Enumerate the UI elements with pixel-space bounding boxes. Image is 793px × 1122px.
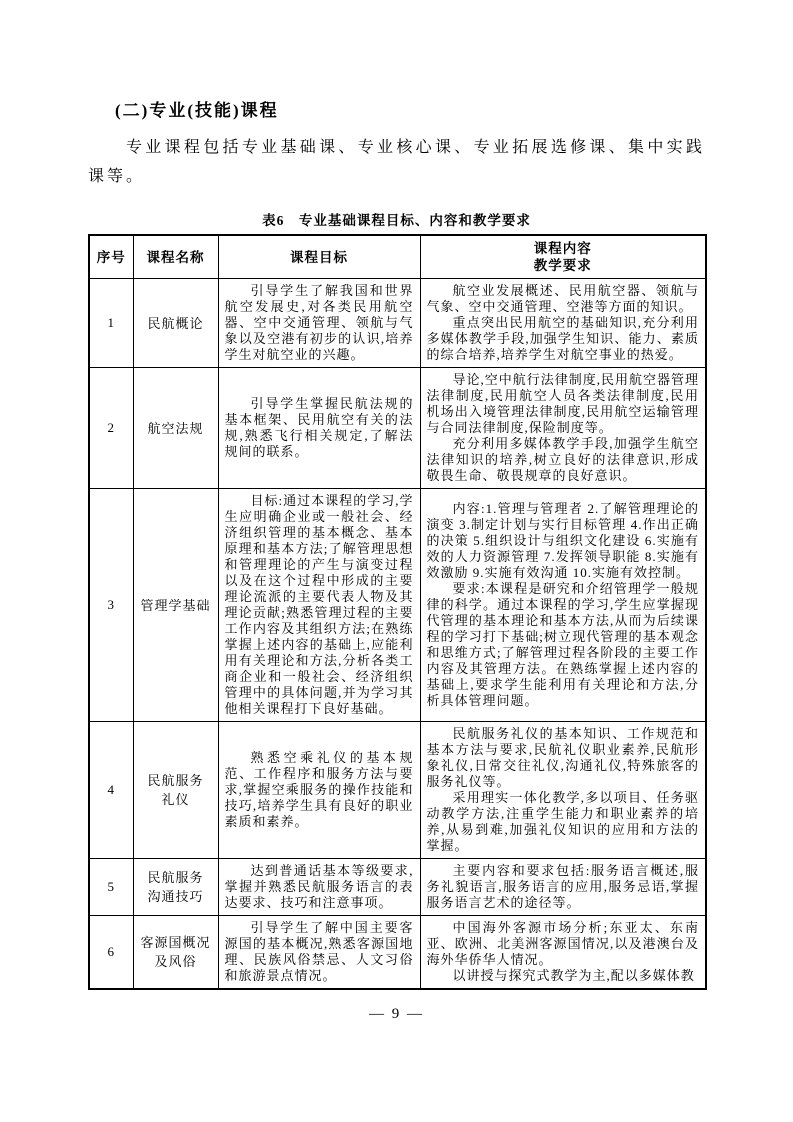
document-page: (二)专业(技能)课程 专业课程包括专业基础课、专业核心课、专业拓展选修课、集中… [0,0,793,1122]
section-heading: (二)专业(技能)课程 [88,96,705,121]
content-paragraph: 以讲授与探究式教学为主,配以多媒体教 [427,968,700,984]
cell-content: 中国海外客源市场分析;东亚太、东南亚、欧洲、北美洲客源国情况,以及港澳台及海外华… [420,916,706,990]
table-row: 3 管理学基础 目标:通过本课程的学习,学生应明确企业或一般社会、经济组织管理的… [89,489,706,722]
table-title: 表6 专业基础课程目标、内容和教学要求 [88,209,705,229]
content-paragraph: 充分利用多媒体教学手段,加强学生航空法律知识的培养,树立良好的法律意识,形成敬畏… [427,436,700,484]
cell-course-name: 管理学基础 [133,489,218,722]
header-course-name: 课程名称 [133,235,218,279]
table-row: 4 民航服务 礼仪 熟悉空乘礼仪的基本规范、工作程序和服务方法与要求,掌握空乘服… [89,722,706,859]
content-paragraph: 采用理实一体化教学,多以项目、任务驱动教学方法,注重学生能力和职业素养的培养,从… [427,790,700,854]
cell-content: 民航服务礼仪的基本知识、工作规范和基本方法与要求,民航礼仪职业素养,民航形象礼仪… [420,722,706,859]
objective-paragraph: 引导学生了解我国和世界航空发展史,对各类民用航空器、空中交通管理、领航与气象以及… [225,283,414,363]
header-content-line1: 课程内容 [423,240,704,257]
course-name-line: 民航概论 [140,314,212,333]
header-content: 课程内容 教学要求 [420,235,706,279]
header-content-line2: 教学要求 [423,257,704,274]
table-row: 5 民航服务 沟通技巧 达到普通话基本等级要求,掌握并熟悉民航服务语言的表达要求… [89,859,706,916]
content-paragraph: 重点突出民用航空的基础知识,充分利用多媒体教学手段,加强学生知识、能力、素质的综… [427,315,700,363]
cell-content: 内容:1.管理与管理者 2.了解管理理论的演变 3.制定计划与实行目标管理 4.… [420,489,706,722]
cell-no: 5 [89,859,133,916]
cell-no: 4 [89,722,133,859]
table-header: 序号 课程名称 课程目标 课程内容 教学要求 [89,235,706,279]
header-no: 序号 [89,235,133,279]
content-paragraph: 导论,空中航行法律制度,民用航空器管理法律制度,民用航空人员各类法律制度,民用机… [427,372,700,436]
cell-course-name: 航空法规 [133,368,218,489]
content-paragraph: 内容:1.管理与管理者 2.了解管理理论的演变 3.制定计划与实行目标管理 4.… [427,501,700,581]
objective-paragraph: 熟悉空乘礼仪的基本规范、工作程序和服务方法与要求,掌握空乘服务的操作技能和技巧,… [225,750,414,830]
table-row: 1 民航概论 引导学生了解我国和世界航空发展史,对各类民用航空器、空中交通管理、… [89,279,706,368]
content-paragraph: 主要内容和要求包括:服务语言概述,服务礼貌语言,服务语言的应用,服务忌语,掌握服… [427,863,700,911]
cell-objective: 引导学生掌握民航法规的基本框架、民用航空有关的法规,熟悉飞行相关规定,了解法规间… [218,368,420,489]
course-name-line: 民航服务 [140,771,212,790]
objective-paragraph: 目标:通过本课程的学习,学生应明确企业或一般社会、经济组织管理的基本概念、基本原… [225,493,414,717]
header-row: 序号 课程名称 课程目标 课程内容 教学要求 [89,235,706,279]
course-table: 序号 课程名称 课程目标 课程内容 教学要求 1 民航概论 引导学生 [88,234,707,990]
cell-no: 3 [89,489,133,722]
cell-content: 导论,空中航行法律制度,民用航空器管理法律制度,民用航空人员各类法律制度,民用机… [420,368,706,489]
intro-paragraph: 专业课程包括专业基础课、专业核心课、专业拓展选修课、集中实践课等。 [88,133,705,191]
header-objective: 课程目标 [218,235,420,279]
course-name-line: 及风俗 [140,952,212,971]
cell-content: 航空业发展概述、民用航空器、领航与气象、空中交通管理、空港等方面的知识。 重点突… [420,279,706,368]
page-number: — 9 — [88,1006,705,1023]
table-row: 6 客源国概况 及风俗 引导学生了解中国主要客源国的基本概况,熟悉客源国地理、民… [89,916,706,990]
course-name-line: 管理学基础 [140,596,212,615]
cell-no: 6 [89,916,133,990]
cell-no: 1 [89,279,133,368]
page-content: (二)专业(技能)课程 专业课程包括专业基础课、专业核心课、专业拓展选修课、集中… [0,0,793,1023]
cell-no: 2 [89,368,133,489]
course-name-line: 航空法规 [140,419,212,438]
course-name-line: 民航服务 [140,868,212,887]
course-name-line: 沟通技巧 [140,887,212,906]
table-body: 1 民航概论 引导学生了解我国和世界航空发展史,对各类民用航空器、空中交通管理、… [89,279,706,990]
content-paragraph: 中国海外客源市场分析;东亚太、东南亚、欧洲、北美洲客源国情况,以及港澳台及海外华… [427,920,700,968]
cell-objective: 引导学生了解中国主要客源国的基本概况,熟悉客源国地理、民族风俗禁忌、人文习俗和旅… [218,916,420,990]
cell-course-name: 客源国概况 及风俗 [133,916,218,990]
course-name-line: 礼仪 [140,790,212,809]
content-paragraph: 民航服务礼仪的基本知识、工作规范和基本方法与要求,民航礼仪职业素养,民航形象礼仪… [427,726,700,790]
cell-objective: 引导学生了解我国和世界航空发展史,对各类民用航空器、空中交通管理、领航与气象以及… [218,279,420,368]
course-name-line: 客源国概况 [140,933,212,952]
objective-paragraph: 引导学生了解中国主要客源国的基本概况,熟悉客源国地理、民族风俗禁忌、人文习俗和旅… [225,920,414,984]
cell-objective: 熟悉空乘礼仪的基本规范、工作程序和服务方法与要求,掌握空乘服务的操作技能和技巧,… [218,722,420,859]
cell-content: 主要内容和要求包括:服务语言概述,服务礼貌语言,服务语言的应用,服务忌语,掌握服… [420,859,706,916]
content-paragraph: 要求:本课程是研究和介绍管理学一般规律的科学。通过本课程的学习,学生应掌握现代管… [427,581,700,709]
table-row: 2 航空法规 引导学生掌握民航法规的基本框架、民用航空有关的法规,熟悉飞行相关规… [89,368,706,489]
cell-objective: 目标:通过本课程的学习,学生应明确企业或一般社会、经济组织管理的基本概念、基本原… [218,489,420,722]
objective-paragraph: 达到普通话基本等级要求,掌握并熟悉民航服务语言的表达要求、技巧和注意事项。 [225,863,414,911]
content-paragraph: 航空业发展概述、民用航空器、领航与气象、空中交通管理、空港等方面的知识。 [427,283,700,315]
cell-course-name: 民航概论 [133,279,218,368]
cell-objective: 达到普通话基本等级要求,掌握并熟悉民航服务语言的表达要求、技巧和注意事项。 [218,859,420,916]
objective-paragraph: 引导学生掌握民航法规的基本框架、民用航空有关的法规,熟悉飞行相关规定,了解法规间… [225,396,414,460]
cell-course-name: 民航服务 礼仪 [133,722,218,859]
cell-course-name: 民航服务 沟通技巧 [133,859,218,916]
